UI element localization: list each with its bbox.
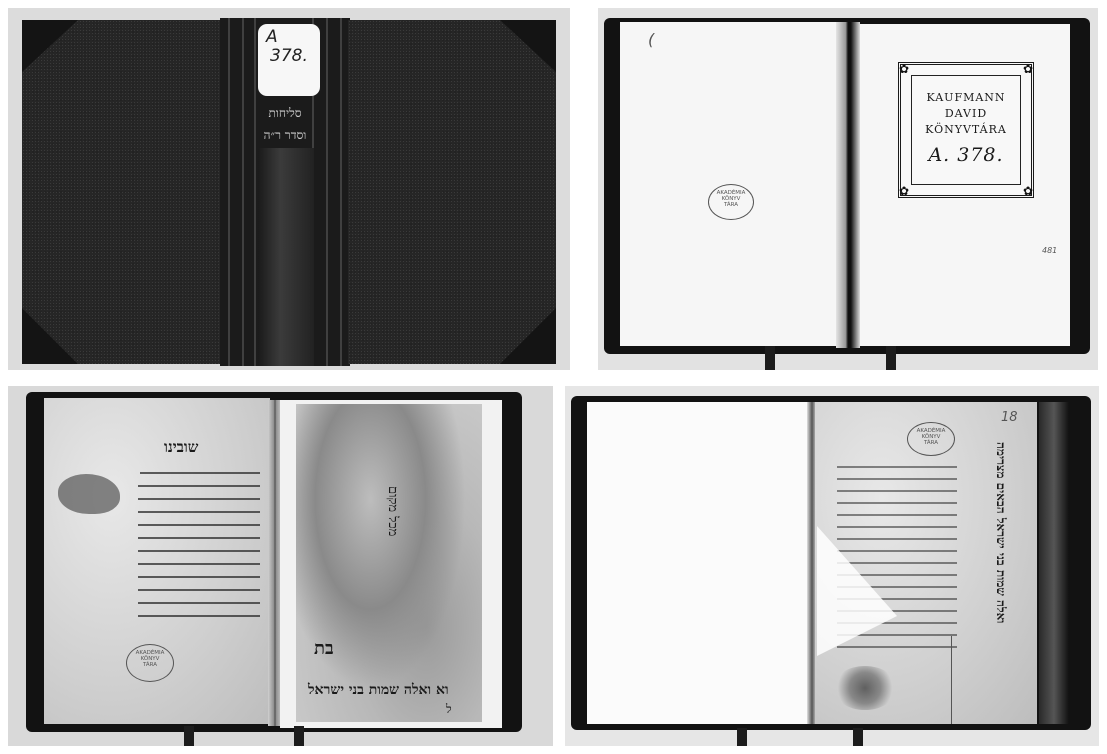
page-heading: שובינו xyxy=(164,438,198,457)
bookplate-shelfmark: A. 378. xyxy=(912,144,1020,166)
photo-closed-book: A 378. סליחות וסדר ר״ה xyxy=(8,8,570,370)
tear-line xyxy=(951,636,952,724)
library-stamp: AKADÉMIA KÖNYV TÁRA xyxy=(708,184,754,220)
photo-opening-leaves: שובינו AKADÉMIA KÖNYV TÁRA מכל מקום בת ו… xyxy=(8,386,553,746)
text-block-edge xyxy=(1039,402,1069,724)
bookplate: ✿ ✿ ✿ ✿ KAUFMANN DAVID KÖNYVTÁRA A. 378. xyxy=(898,62,1034,198)
catchword: ל xyxy=(446,702,452,717)
stained-title-leaf xyxy=(296,404,482,722)
leather-corner xyxy=(22,20,78,72)
water-stain xyxy=(58,474,120,514)
bookmark-ribbon xyxy=(294,726,304,746)
photo-endpapers: ( AKADÉMIA KÖNYV TÁRA ✿ ✿ ✿ ✿ KAUFMANN D… xyxy=(598,8,1098,370)
spine-leather xyxy=(258,148,314,366)
bookmark-ribbon xyxy=(886,346,896,370)
folio-number: 18 xyxy=(1001,410,1018,425)
library-stamp: AKADÉMIA KÖNYV TÁRA xyxy=(907,422,955,456)
photo-text-opening: AKADÉMIA KÖNYV TÁRA 18 ואלה שמות בני ישר… xyxy=(565,386,1099,746)
opening-words: וא ואלה שמות בני ישראל xyxy=(308,682,449,699)
bookmark-ribbon xyxy=(853,728,863,746)
bookmark-ribbon xyxy=(765,346,775,370)
pencil-mark: ( xyxy=(648,30,654,49)
blank-left-page xyxy=(587,402,809,724)
ornament-icon: ✿ xyxy=(1023,185,1033,197)
leather-corner xyxy=(500,308,556,364)
spine: A 378. סליחות וסדר ר״ה xyxy=(220,18,350,366)
gutter xyxy=(836,22,860,348)
ink-stain xyxy=(833,666,897,710)
bookmark-ribbon xyxy=(737,728,747,746)
pencil-note: 481 xyxy=(1042,246,1057,255)
vertical-heading: ואלה שמות בני ישראל הבאים מצרימה xyxy=(993,442,1008,712)
faded-area xyxy=(817,526,897,656)
ornament-icon: ✿ xyxy=(899,63,909,75)
leather-corner xyxy=(500,20,556,72)
bookplate-text: KAUFMANN DAVID KÖNYVTÁRA A. 378. xyxy=(911,75,1021,185)
leather-corner xyxy=(22,308,78,364)
ornament-icon: ✿ xyxy=(899,185,909,197)
initial-letters: בת xyxy=(314,638,334,659)
spine-title: סליחות וסדר ר״ה xyxy=(220,102,350,146)
library-stamp: AKADÉMIA KÖNYV TÁRA xyxy=(126,644,174,682)
ornament-icon: ✿ xyxy=(1023,63,1033,75)
vertical-title: מכל מקום xyxy=(384,486,400,536)
shelf-label: A 378. xyxy=(258,24,320,96)
bookmark-ribbon xyxy=(184,726,194,746)
